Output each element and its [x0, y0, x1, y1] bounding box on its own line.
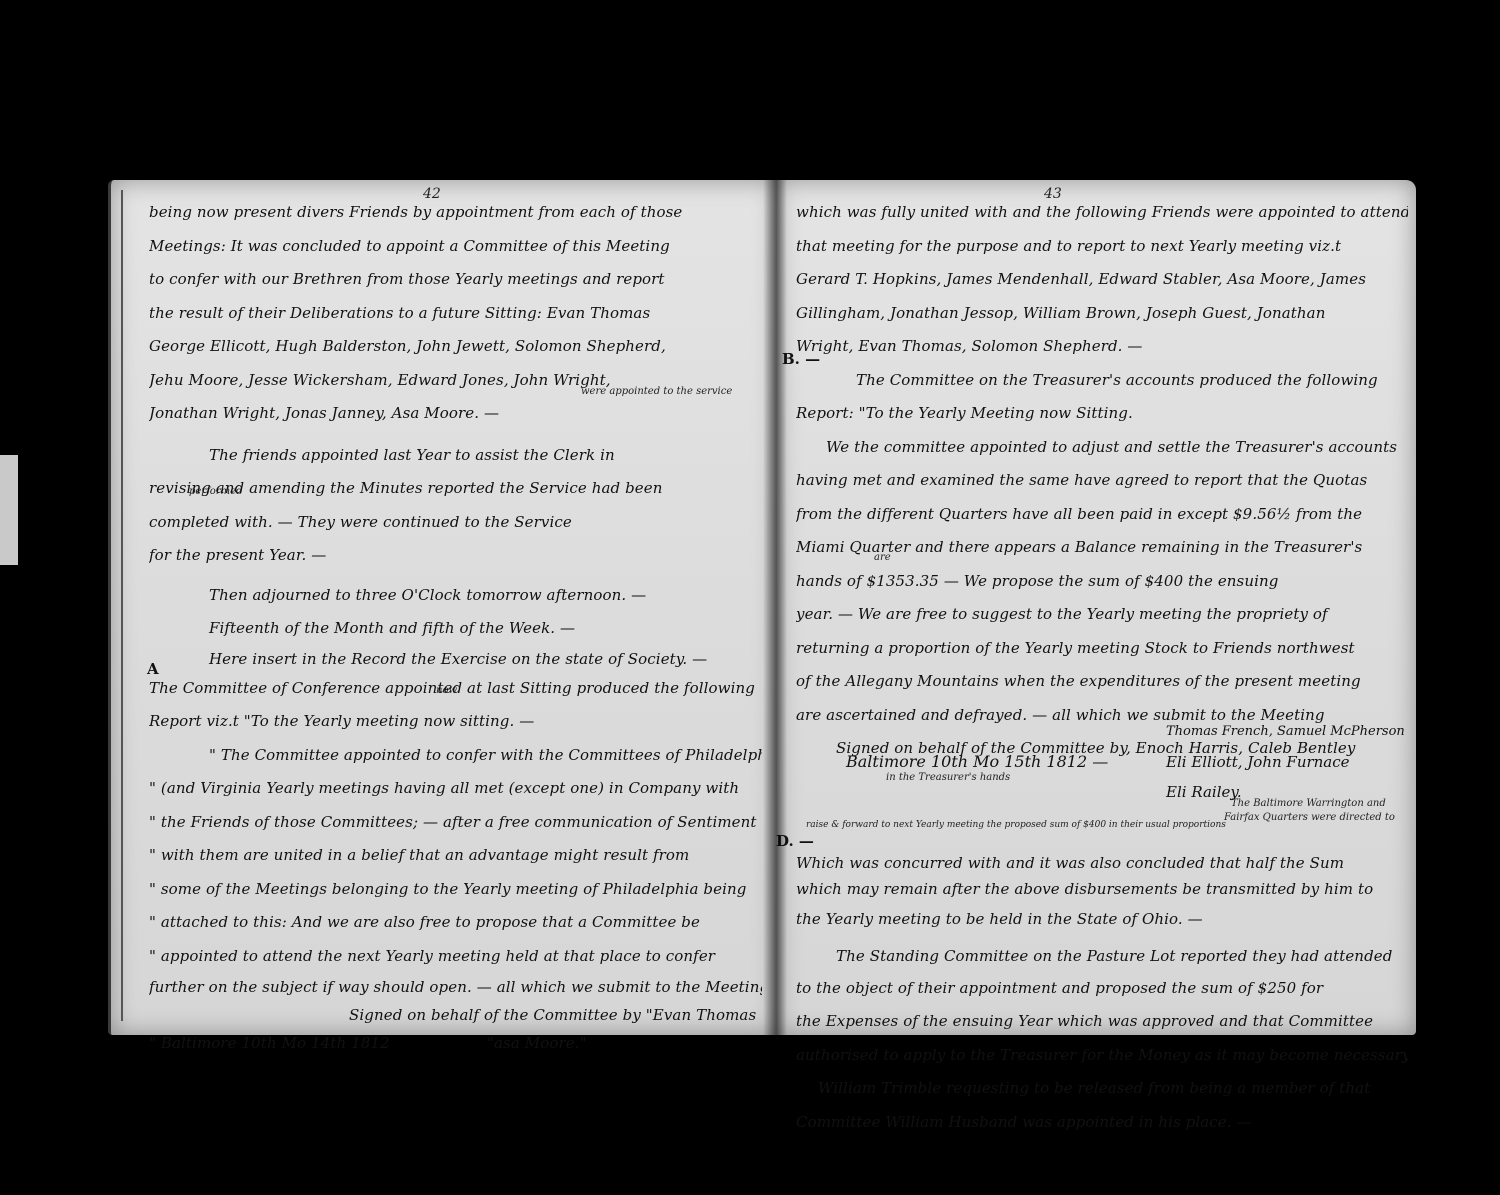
text-line: Report: "To the Yearly Meeting now Sitti…	[796, 397, 1408, 431]
text-line: the Expenses of the ensuing Year which w…	[796, 1005, 1408, 1039]
text-line: The friends appointed last Year to assis…	[149, 439, 762, 473]
text-line: the Yearly meeting to be held in the Sta…	[796, 904, 1408, 934]
text-line: from the different Quarters have all bee…	[796, 498, 1408, 532]
text-line: Committee William Husband was appointed …	[796, 1106, 1408, 1140]
text-line: year. — We are free to suggest to the Ye…	[796, 598, 1408, 632]
text-line: Fifteenth of the Month and fifth of the …	[149, 612, 762, 646]
text-line: " attached to this: And we are also free…	[149, 906, 762, 940]
text-line: The Committee on the Treasurer's account…	[796, 364, 1408, 398]
text-line: George Ellicott, Hugh Balderston, John J…	[149, 330, 762, 364]
text-line: returning a proportion of the Yearly mee…	[796, 632, 1408, 666]
text-line: Jehu Moore, Jesse Wickersham, Edward Jon…	[149, 364, 762, 398]
text-line: revising and amending the Minutes report…	[149, 472, 762, 506]
text-line: that meeting for the purpose and to repo…	[796, 230, 1408, 264]
text-line: being now present divers Friends by appo…	[149, 196, 762, 230]
text-line: which may remain after the above disburs…	[796, 874, 1408, 904]
text-line: for the present Year. —	[149, 539, 762, 573]
text-line: to the object of their appointment and p…	[796, 972, 1408, 1006]
text-line: The Committee of Conference appointed at…	[149, 672, 762, 706]
page-edge-tab	[0, 455, 18, 565]
text-line: Miami Quarter and there appears a Balanc…	[796, 531, 1408, 565]
left-page-text: being now present divers Friends by appo…	[149, 196, 762, 1057]
text-line: " some of the Meetings belonging to the …	[149, 873, 762, 907]
signatory-line: Eli Railey.	[1166, 777, 1405, 807]
text-line: authorised to apply to the Treasurer for…	[796, 1039, 1408, 1073]
text-line: Wright, Evan Thomas, Solomon Shepherd. —	[796, 330, 1408, 364]
text-line: of the Allegany Mountains when the expen…	[796, 665, 1408, 699]
text-line: completed with. — They were continued to…	[149, 506, 762, 540]
text-line: Here insert in the Record the Exercise o…	[149, 646, 762, 672]
book-gutter	[763, 180, 787, 1035]
text-line: " with them are united in a belief that …	[149, 839, 762, 873]
signatory-line: Eli Elliott, John Furnace	[1166, 747, 1405, 777]
left-page: 42 A were appointed to the service perfo…	[108, 180, 778, 1035]
open-ledger: 42 A were appointed to the service perfo…	[108, 180, 1418, 1035]
right-page: 43 B. — D. — are in the Treasurer's hand…	[776, 180, 1416, 1035]
text-line: William Trimble requesting to be release…	[796, 1072, 1408, 1106]
text-line: The Standing Committee on the Pasture Lo…	[796, 940, 1408, 972]
text-line: " (and Virginia Yearly meetings having a…	[149, 772, 762, 806]
right-page-text: which was fully united with and the foll…	[796, 196, 1408, 1139]
text-line: Report viz.t "To the Yearly meeting now …	[149, 705, 762, 739]
signatories-continued: Thomas French, Samuel McPherson Eli Elli…	[1166, 717, 1405, 807]
text-line: " The Committee appointed to confer with…	[149, 739, 762, 773]
text-line: to confer with our Brethren from those Y…	[149, 263, 762, 297]
date-line-right: Baltimore 10th Mo 15th 1812 —	[846, 752, 1108, 771]
signatory-line: Thomas French, Samuel McPherson	[1166, 717, 1405, 747]
text-line: Gerard T. Hopkins, James Mendenhall, Edw…	[796, 263, 1408, 297]
text-line: Then adjourned to three O'Clock tomorrow…	[149, 579, 762, 613]
text-line: " the Friends of those Committees; — aft…	[149, 806, 762, 840]
text-line: the result of their Deliberations to a f…	[149, 297, 762, 331]
signature-line: Signed on behalf of the Committee by "Ev…	[149, 1001, 762, 1029]
text-line: Which was concurred with and it was also…	[796, 852, 1408, 874]
left-margin-rule	[121, 190, 123, 1021]
text-line: which was fully united with and the foll…	[796, 196, 1408, 230]
text-line: Meetings: It was concluded to appoint a …	[149, 230, 762, 264]
text-line: Jonathan Wright, Jonas Janney, Asa Moore…	[149, 397, 762, 431]
date-line: " Baltimore 10th Mo 14th 1812 "asa Moore…	[149, 1029, 762, 1057]
text-line: having met and examined the same have ag…	[796, 464, 1408, 498]
text-line: We the committee appointed to adjust and…	[796, 431, 1408, 465]
text-line: further on the subject if way should ope…	[149, 973, 762, 1001]
text-line: hands of $1353.35 — We propose the sum o…	[796, 565, 1408, 599]
text-line: Gillingham, Jonathan Jessop, William Bro…	[796, 297, 1408, 331]
text-line: " appointed to attend the next Yearly me…	[149, 940, 762, 974]
